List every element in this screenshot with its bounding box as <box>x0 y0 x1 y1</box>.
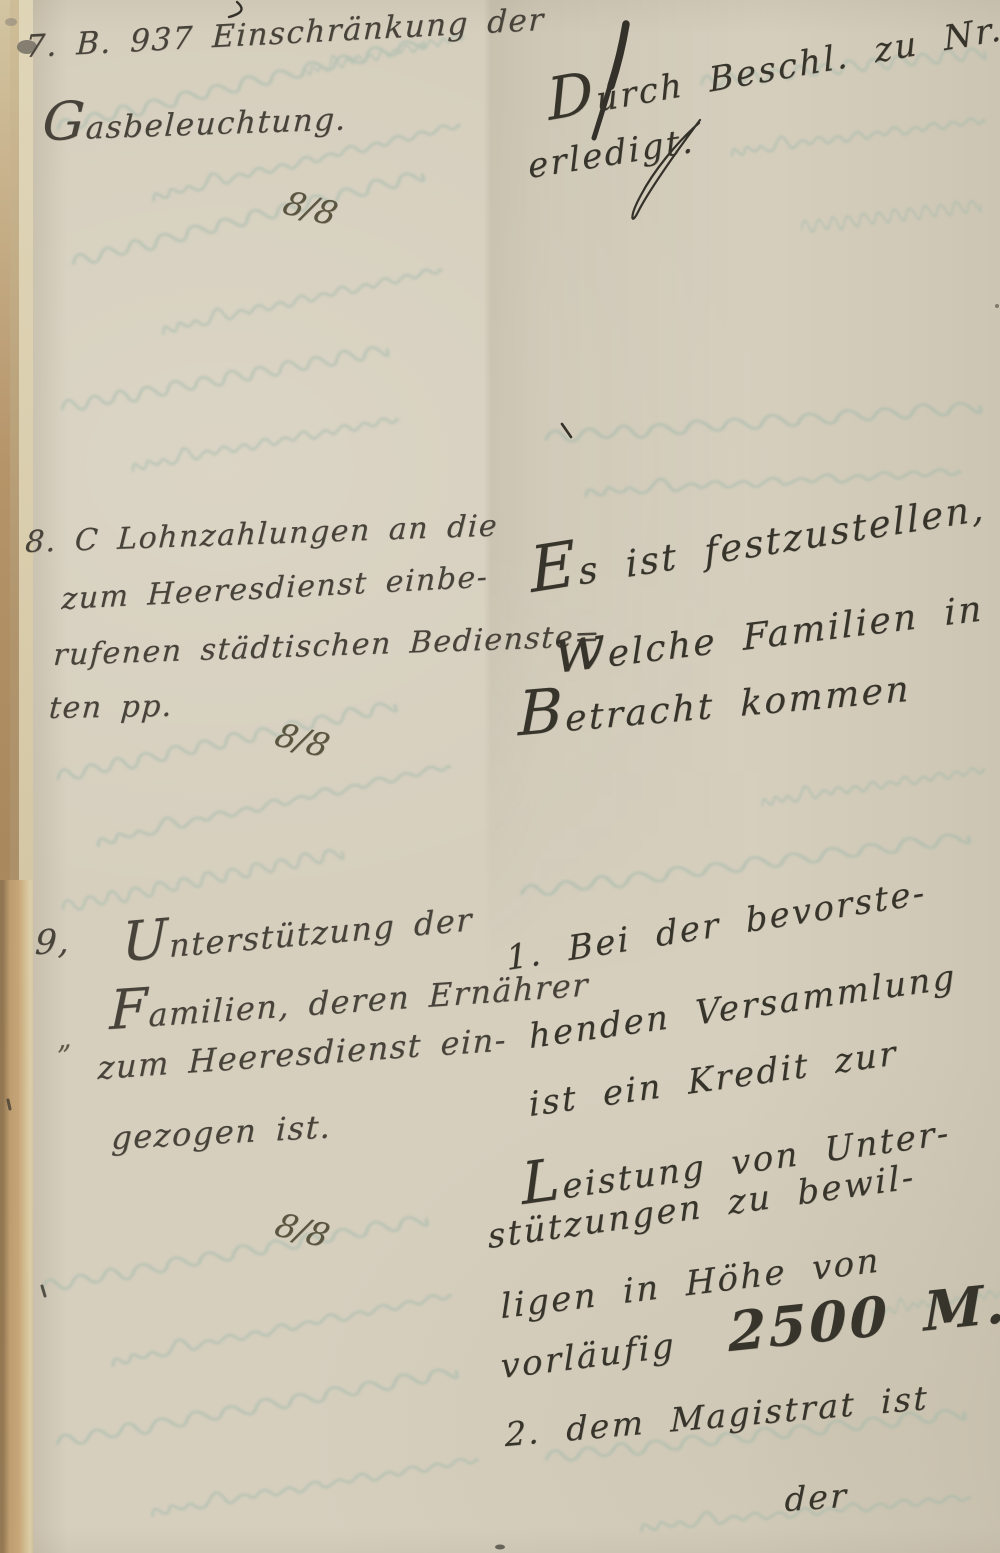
top-curve-mark <box>229 2 242 17</box>
item7-title-line: Gasbeleuchtung. <box>41 86 348 149</box>
catchword: der <box>784 1479 848 1517</box>
item9-number: 9, <box>34 925 71 960</box>
apostrophe-mark <box>562 424 571 437</box>
item8-title-line: ten pp. <box>48 692 174 724</box>
margin-ditto-mark: „ <box>56 1024 73 1054</box>
scanned-protocol-page: 7. B. 937 Einschränkung der Gasbeleuchtu… <box>0 0 1000 1553</box>
